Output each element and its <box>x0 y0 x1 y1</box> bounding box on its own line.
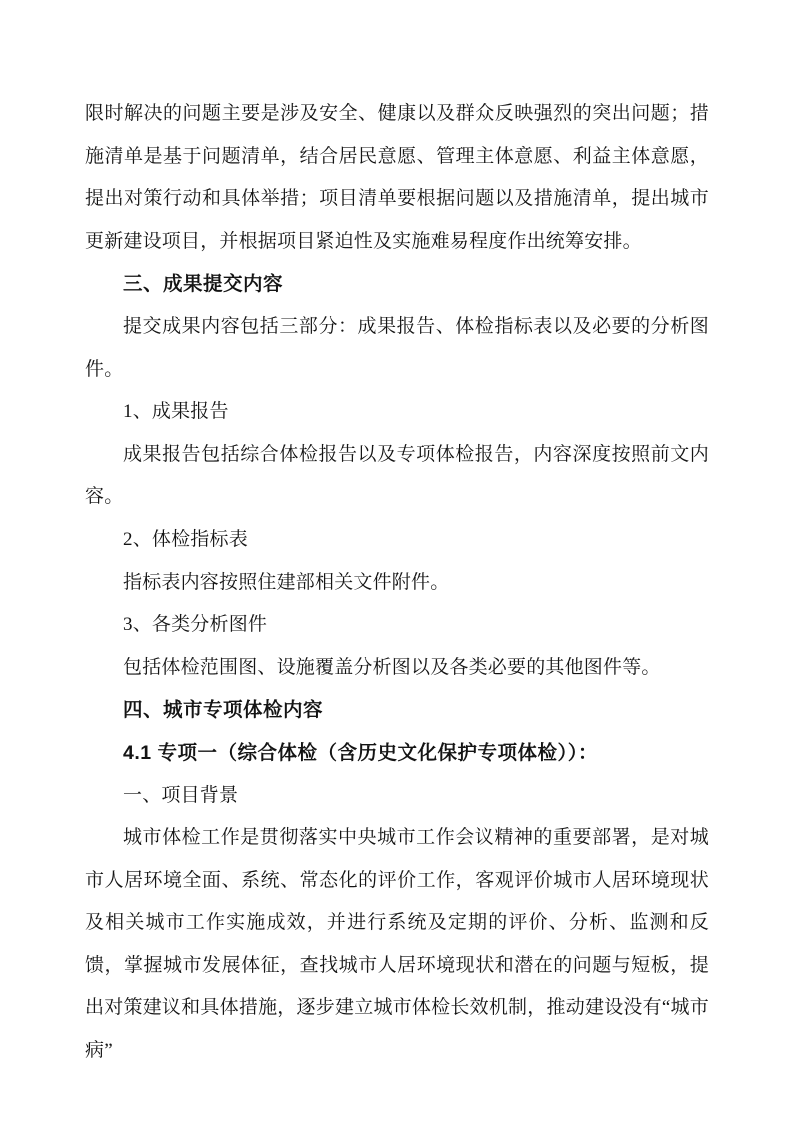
document-page: 限时解决的问题主要是涉及安全、健康以及群众反映强烈的突出问题；措施清单是基于问题… <box>0 0 793 1122</box>
paragraph-analysis-maps-detail: 包括体检范围图、设施覆盖分析图以及各类必要的其他图件等。 <box>85 647 709 690</box>
subsection-heading-4-1-special-one: 4.1 专项一（综合体检（含历史文化保护专项体检））： <box>85 732 709 775</box>
section-heading-deliverables: 三、成果提交内容 <box>85 263 709 306</box>
paragraph-continuation-problem-list: 限时解决的问题主要是涉及安全、健康以及群众反映强烈的突出问题；措施清单是基于问题… <box>85 93 709 263</box>
paragraph-project-background-body: 城市体检工作是贯彻落实中央城市工作会议精神的重要部署，是对城市人居环境全面、系统… <box>85 817 709 1073</box>
section-heading-special-examination: 四、城市专项体检内容 <box>85 689 709 732</box>
paragraph-indicator-table-detail: 指标表内容按照住建部相关文件附件。 <box>85 562 709 605</box>
subheading-project-background: 一、项目背景 <box>85 775 709 818</box>
document-body: 限时解决的问题主要是涉及安全、健康以及群众反映强烈的突出问题；措施清单是基于问题… <box>85 93 709 1073</box>
list-item-1-result-report: 1、成果报告 <box>85 391 709 434</box>
paragraph-deliverables-overview: 提交成果内容包括三部分：成果报告、体检指标表以及必要的分析图件。 <box>85 306 709 391</box>
paragraph-result-report-detail: 成果报告包括综合体检报告以及专项体检报告，内容深度按照前文内容。 <box>85 434 709 519</box>
list-item-3-analysis-maps: 3、各类分析图件 <box>85 604 709 647</box>
list-item-2-indicator-table: 2、体检指标表 <box>85 519 709 562</box>
